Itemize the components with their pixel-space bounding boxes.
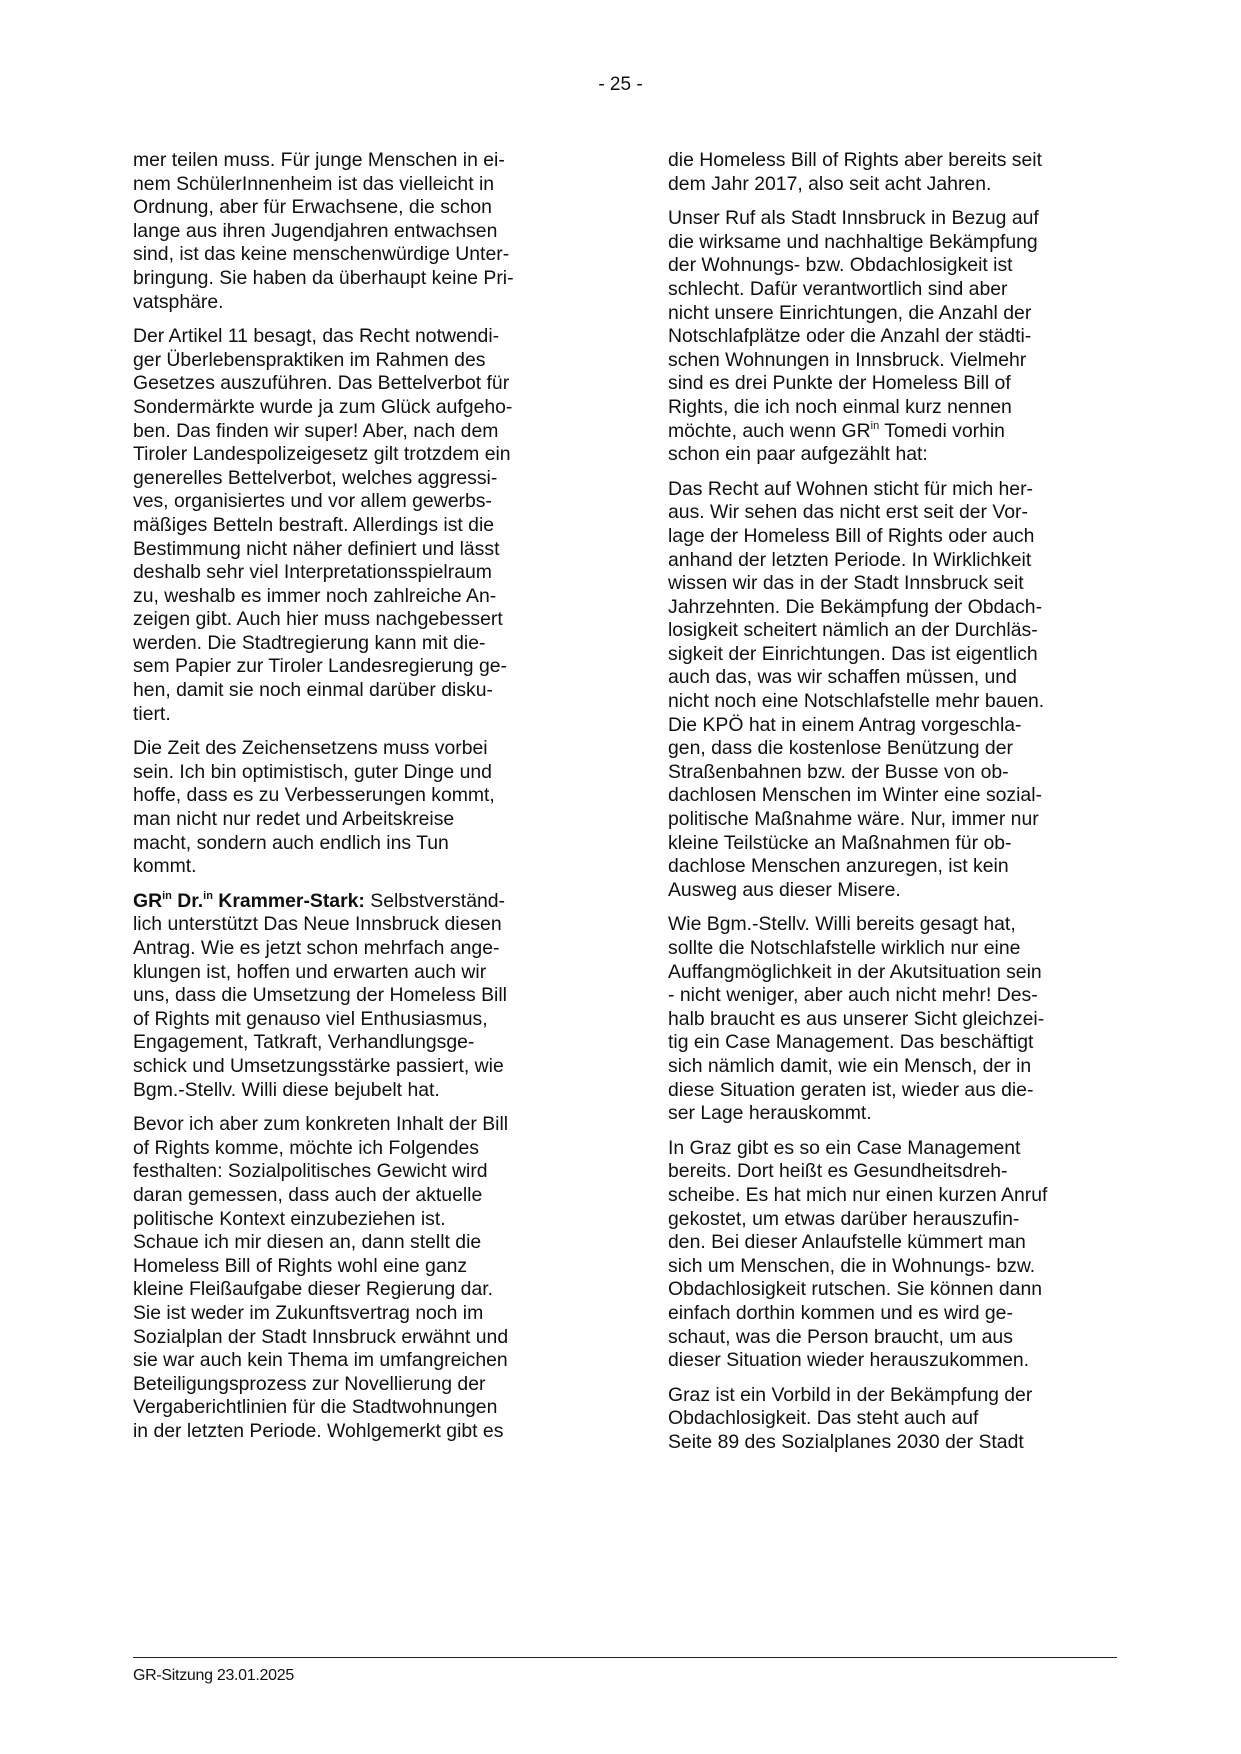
speaker-surname: Krammer-Stark: — [213, 890, 365, 912]
right-column: die Homeless Bill of Rights aber bereits… — [668, 149, 1140, 1465]
speaker-degree: Dr. — [172, 890, 203, 912]
paragraph: In Graz gibt es so ein Case Management b… — [668, 1137, 1140, 1373]
paragraph: Unser Ruf als Stadt Innsbruck in Bezug a… — [668, 207, 1140, 467]
paragraph: die Homeless Bill of Rights aber bereits… — [668, 149, 1140, 196]
page-number: - 25 - — [0, 74, 1241, 96]
speaker-name: GRin Dr.in Krammer-Stark: — [133, 890, 365, 912]
superscript: in — [162, 890, 172, 902]
paragraph: Wie Bgm.-Stellv. Willi bereits gesagt ha… — [668, 913, 1140, 1125]
footer-divider — [133, 1657, 1117, 1658]
paragraph: Die Zeit des Zeichensetzens muss vorbei … — [133, 737, 603, 879]
speaker-title: GR — [133, 890, 162, 912]
paragraph: Bevor ich aber zum konkreten Inhalt der … — [133, 1113, 603, 1443]
paragraph: Graz ist ein Vorbild in der Bekämpfung d… — [668, 1384, 1140, 1455]
superscript: in — [871, 420, 880, 432]
footer-session-date: GR-Sitzung 23.01.2025 — [133, 1667, 294, 1685]
paragraph: Das Recht auf Wohnen sticht für mich her… — [668, 478, 1140, 903]
paragraph: Der Artikel 11 besagt, das Recht notwend… — [133, 325, 603, 726]
left-column: mer teilen muss. Für junge Menschen in e… — [133, 149, 603, 1454]
speaker-paragraph: GRin Dr.in Krammer-Stark: Selbstverständ… — [133, 890, 603, 1102]
speaker-text: Selbstverständ- lich unterstützt Das Neu… — [133, 890, 507, 1101]
superscript: in — [203, 890, 213, 902]
paragraph-text: Unser Ruf als Stadt Innsbruck in Bezug a… — [668, 207, 1039, 441]
paragraph: mer teilen muss. Für junge Menschen in e… — [133, 149, 603, 314]
